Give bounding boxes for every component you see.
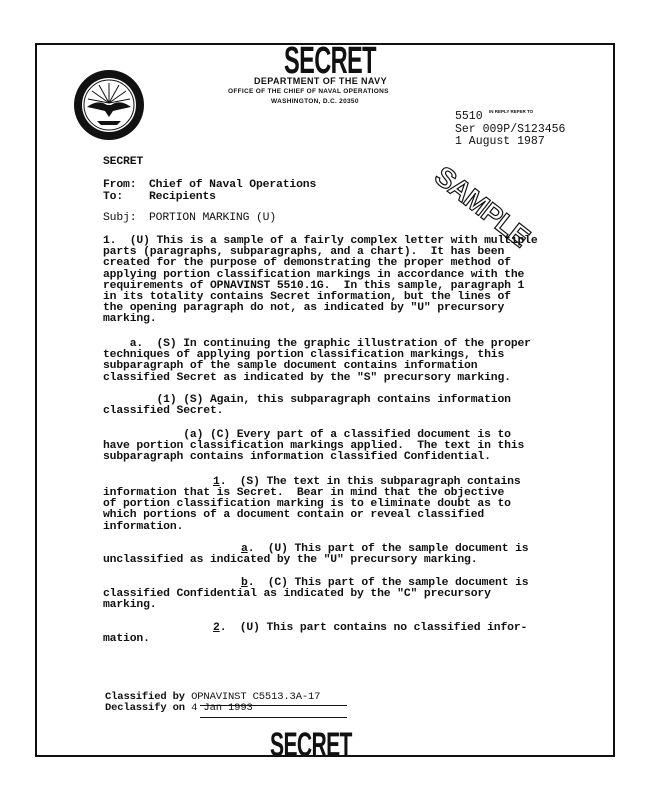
paragraph-1a1a: (a) (C) Every part of a classified docum… bbox=[103, 430, 524, 464]
paragraph-first-line: . (U) This part contains no classified i… bbox=[220, 622, 528, 634]
to-value: Recipients bbox=[149, 192, 216, 203]
from-label: From: bbox=[103, 180, 136, 191]
reply-refer-label: IN REPLY REFER TO bbox=[489, 109, 533, 114]
letterhead-address: WASHINGTON, D.C. 20350 bbox=[271, 98, 359, 105]
ssic-code: 5510 bbox=[455, 111, 483, 123]
letterhead-department: DEPARTMENT OF THE NAVY bbox=[254, 76, 387, 86]
letter-date: 1 August 1987 bbox=[455, 136, 545, 148]
declassify-label: Declassify on bbox=[105, 702, 191, 714]
classification-stamp-top: SECRET bbox=[284, 42, 376, 80]
declassify-line: Declassify on 4 Jan 1993 bbox=[105, 703, 253, 714]
paragraph-1a1: (1) (S) Again, this subparagraph contain… bbox=[103, 395, 511, 417]
paragraph-1a1a1-body: information that is Secret. Bear in mind… bbox=[103, 488, 511, 533]
declassify-underline bbox=[200, 717, 347, 718]
subject-value: PORTION MARKING (U) bbox=[149, 213, 276, 224]
paragraph-1a1a1a-body: unclassified as indicated by the "U" pre… bbox=[103, 555, 477, 566]
letterhead-office: OFFICE OF THE CHIEF OF NAVAL OPERATIONS bbox=[228, 88, 389, 95]
dod-seal-icon bbox=[73, 69, 145, 141]
paragraph-1a1a2-body: mation. bbox=[103, 634, 150, 645]
classification-stamp-bottom: SECRET bbox=[270, 728, 352, 762]
to-label: To: bbox=[103, 192, 123, 203]
subject-label: Subj: bbox=[103, 213, 136, 224]
paragraph-number: 2 bbox=[213, 622, 220, 634]
paragraph-1: 1. (U) This is a sample of a fairly comp… bbox=[103, 236, 538, 326]
paragraph-1a: a. (S) In continuing the graphic illustr… bbox=[103, 339, 531, 384]
header-classification-marking: SECRET bbox=[103, 157, 143, 168]
from-value: Chief of Naval Operations bbox=[149, 180, 316, 191]
paragraph-1a1a2-heading: 2. (U) This part contains no classified … bbox=[213, 623, 527, 634]
declassify-value: 4 Jan 1993 bbox=[191, 702, 253, 714]
paragraph-1a1a1b-body: classified Confidential as indicated by … bbox=[103, 589, 491, 611]
